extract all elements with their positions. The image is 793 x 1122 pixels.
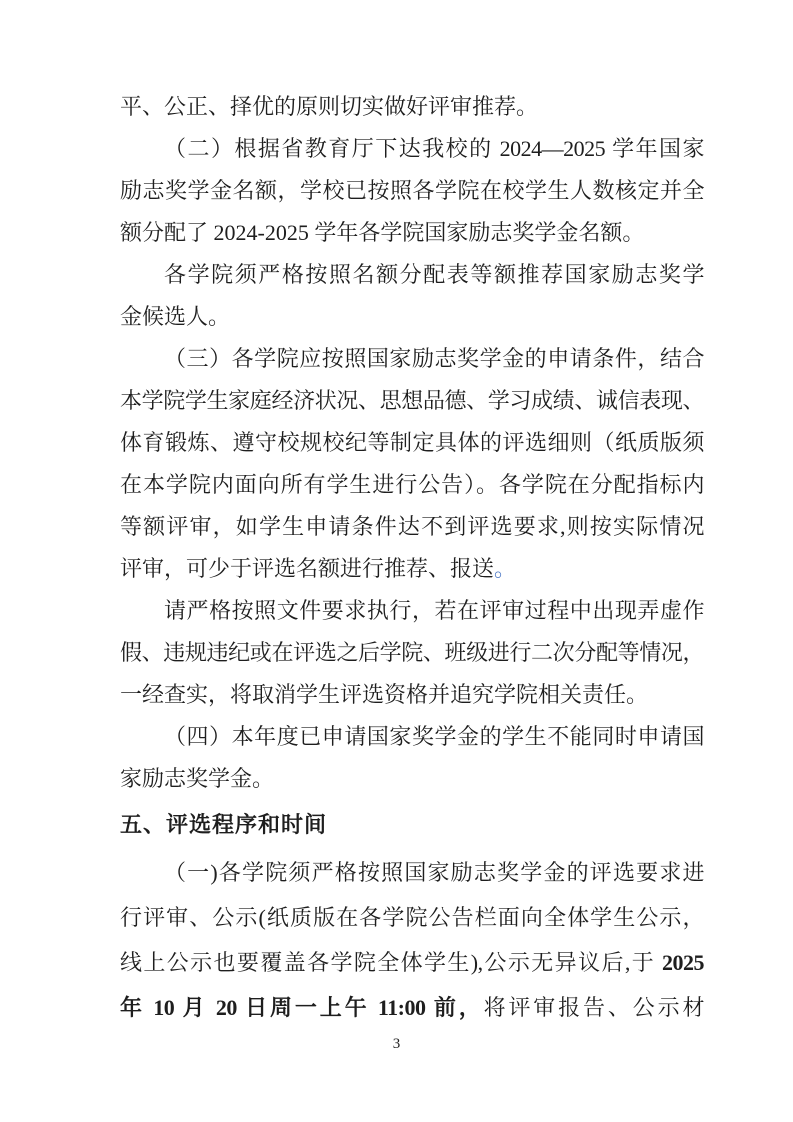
text-segment: 各学院须严格按照名额分配表等额推荐国家励志奖学 <box>164 262 704 287</box>
text-segment: （一)各学院须严格按照国家励志奖学金的评选要求进 <box>164 860 704 885</box>
text-segment: 体育锻炼、遵守校规校纪等制定具体的评选细则（纸质版须 <box>120 430 704 455</box>
text-line: 体育锻炼、遵守校规校纪等制定具体的评选细则（纸质版须 <box>120 422 704 464</box>
text-line: 本学院学生家庭经济状况、思想品德、学习成绩、诚信表现、 <box>120 380 704 422</box>
text-segment: （四）本年度已申请国家奖学金的学生不能同时申请国 <box>164 724 704 749</box>
document-page: 平、公正、择优的原则切实做好评审推荐。（二）根据省教育厅下达我校的 2024—2… <box>0 0 793 1122</box>
text-segment: 在本学院内面向所有学生进行公告）。各学院在分配指标内 <box>120 472 704 497</box>
text-segment: 平、公正、择优的原则切实做好评审推荐。 <box>120 94 538 119</box>
text-segment: 请严格按照文件要求执行，若在评审过程中出现弄虚作 <box>164 598 704 623</box>
text-line: 年 10 月 20 日周一上午 11:00 前，将评审报告、公示材 <box>120 985 704 1030</box>
section-heading: 五、评选程序和时间 <box>120 800 704 850</box>
text-line: 平、公正、择优的原则切实做好评审推荐。 <box>120 86 704 128</box>
text-segment: 家励志奖学金。 <box>120 766 274 791</box>
text-line: 假、违规违纪或在评选之后学院、班级进行二次分配等情况， <box>120 632 704 674</box>
text-segment: 一经查实，将取消学生评选资格并追究学院相关责任。 <box>120 682 648 707</box>
text-line: 请严格按照文件要求执行，若在评审过程中出现弄虚作 <box>120 590 704 632</box>
text-segment: 行评审、公示(纸质版在各学院公告栏面向全体学生公示， <box>120 905 704 930</box>
text-line: 评审，可少于评选名额进行推荐、报送。 <box>120 548 704 590</box>
text-segment: 金候选人。 <box>120 304 230 329</box>
text-line: 各学院须严格按照名额分配表等额推荐国家励志奖学 <box>120 254 704 296</box>
text-line: 行评审、公示(纸质版在各学院公告栏面向全体学生公示， <box>120 895 704 940</box>
text-line: 金候选人。 <box>120 296 704 338</box>
text-segment: 线上公示也要覆盖各学院全体学生),公示无异议后,于 <box>120 950 662 975</box>
text-segment: （三）各学院应按照国家励志奖学金的申请条件，结合 <box>164 346 704 371</box>
page-number: 3 <box>0 1036 793 1053</box>
text-line: 励志奖学金名额，学校已按照各学院在校学生人数核定并全 <box>120 170 704 212</box>
text-segment: 2025 <box>662 950 704 975</box>
text-segment: 评审，可少于评选名额进行推荐、报送 <box>120 556 494 581</box>
text-line: （二）根据省教育厅下达我校的 2024—2025 学年国家 <box>120 128 704 170</box>
text-segment: （二）根据省教育厅下达我校的 2024—2025 学年国家 <box>164 136 704 161</box>
revision-period: 。 <box>494 556 516 581</box>
text-line: （一)各学院须严格按照国家励志奖学金的评选要求进 <box>120 850 704 895</box>
text-segment: 将评审报告、公示材 <box>484 995 704 1020</box>
text-segment: 励志奖学金名额，学校已按照各学院在校学生人数核定并全 <box>120 178 704 203</box>
document-body: 平、公正、择优的原则切实做好评审推荐。（二）根据省教育厅下达我校的 2024—2… <box>120 86 704 1030</box>
text-line: （三）各学院应按照国家励志奖学金的申请条件，结合 <box>120 338 704 380</box>
text-segment: 五、评选程序和时间 <box>120 812 327 837</box>
text-line: 一经查实，将取消学生评选资格并追究学院相关责任。 <box>120 674 704 716</box>
text-segment: 等额评审，如学生申请条件达不到评选要求,则按实际情况 <box>120 514 704 539</box>
text-segment: 年 10 月 20 日周一上午 11:00 前， <box>120 995 484 1020</box>
text-line: 额分配了 2024-2025 学年各学院国家励志奖学金名额。 <box>120 212 704 254</box>
text-segment: 额分配了 2024-2025 学年各学院国家励志奖学金名额。 <box>120 220 644 245</box>
text-line: （四）本年度已申请国家奖学金的学生不能同时申请国 <box>120 716 704 758</box>
text-segment: 本学院学生家庭经济状况、思想品德、学习成绩、诚信表现、 <box>120 388 704 413</box>
text-line: 等额评审，如学生申请条件达不到评选要求,则按实际情况 <box>120 506 704 548</box>
text-segment: 假、违规违纪或在评选之后学院、班级进行二次分配等情况， <box>120 640 704 665</box>
text-line: 在本学院内面向所有学生进行公告）。各学院在分配指标内 <box>120 464 704 506</box>
text-line: 线上公示也要覆盖各学院全体学生),公示无异议后,于 2025 <box>120 940 704 985</box>
text-line: 家励志奖学金。 <box>120 758 704 800</box>
